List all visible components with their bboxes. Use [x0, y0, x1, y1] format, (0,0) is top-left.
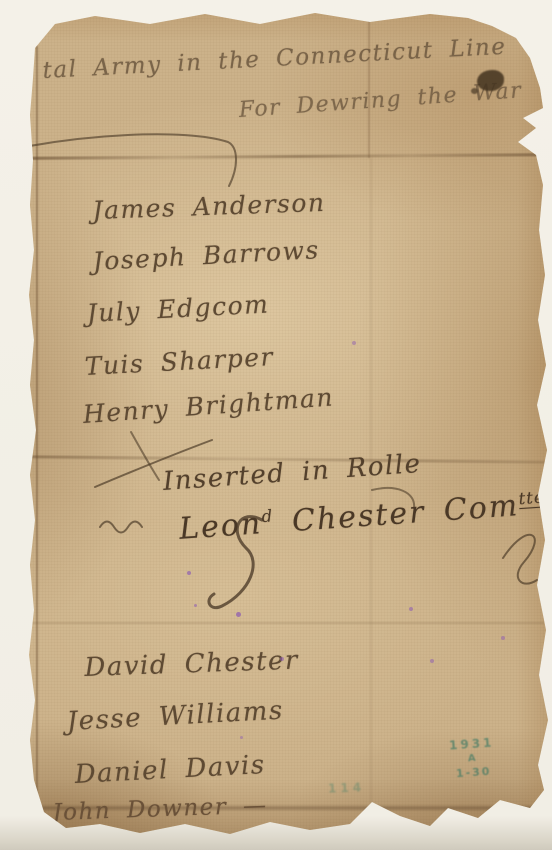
signature-superscript-ttee: ttee [518, 487, 552, 509]
roster-name-daniel-davis: Daniel Davis [74, 750, 266, 790]
signature-part2: Chester Com [272, 488, 520, 540]
signature-part1: Leon [178, 506, 263, 547]
header-flourish-stroke [0, 134, 236, 186]
ink-blot [477, 70, 504, 91]
fold-crease-lower [32, 622, 544, 624]
roster-name-henry-brightman: Henry Brightman [82, 382, 335, 428]
insertion-cross-stroke [131, 432, 159, 480]
ink-speck [187, 571, 191, 575]
roster-name-david-chester: David Chester [84, 646, 299, 683]
roster-name-jesse-williams: Jesse Williams [66, 696, 284, 737]
archive-stamp: 1931 A 1-30 [449, 734, 497, 782]
ink-speck [280, 657, 284, 661]
ink-speck [236, 612, 241, 617]
header-line-1: tal Army in the Connecticut Line [42, 34, 507, 84]
inserted-in-rolle-note: Inserted in Rolle [162, 449, 422, 497]
ink-speck [501, 636, 505, 640]
committee-signature: Leond Chester Comttee [178, 486, 552, 547]
roster-name-james-anderson: James Anderson [92, 188, 326, 225]
fold-crease-top [30, 153, 544, 160]
scanned-document: tal Army in the Connecticut Line For Dew… [0, 0, 552, 850]
manuscript-paper: tal Army in the Connecticut Line For Dew… [0, 0, 552, 850]
roster-name-john-downer: John Downer — [52, 792, 268, 825]
fold-crease-center-vertical-bottom [370, 158, 372, 808]
ink-speck [409, 607, 413, 611]
roster-name-july-edgcom: July Edgcom [86, 289, 270, 328]
archive-stamp-line1: 1931 [449, 734, 495, 753]
fold-crease-center-vertical-top [368, 14, 370, 158]
fold-crease-left-vertical [36, 46, 38, 810]
signature-trailing-flourish [503, 535, 537, 584]
roster-name-joseph-barrows: Joseph Barrows [92, 235, 320, 276]
ink-speck [194, 604, 197, 607]
ink-speck [240, 736, 243, 739]
ink-speck [352, 341, 356, 345]
ink-blot-satellite [471, 88, 478, 94]
archive-stamp-line3: 1-30 [451, 764, 497, 782]
archive-stamp-secondary: 114 [328, 780, 366, 795]
roster-name-tuis-sharper: Tuis Sharper [84, 342, 275, 381]
ink-speck [430, 659, 434, 663]
signature-lead-squiggle [100, 522, 142, 533]
